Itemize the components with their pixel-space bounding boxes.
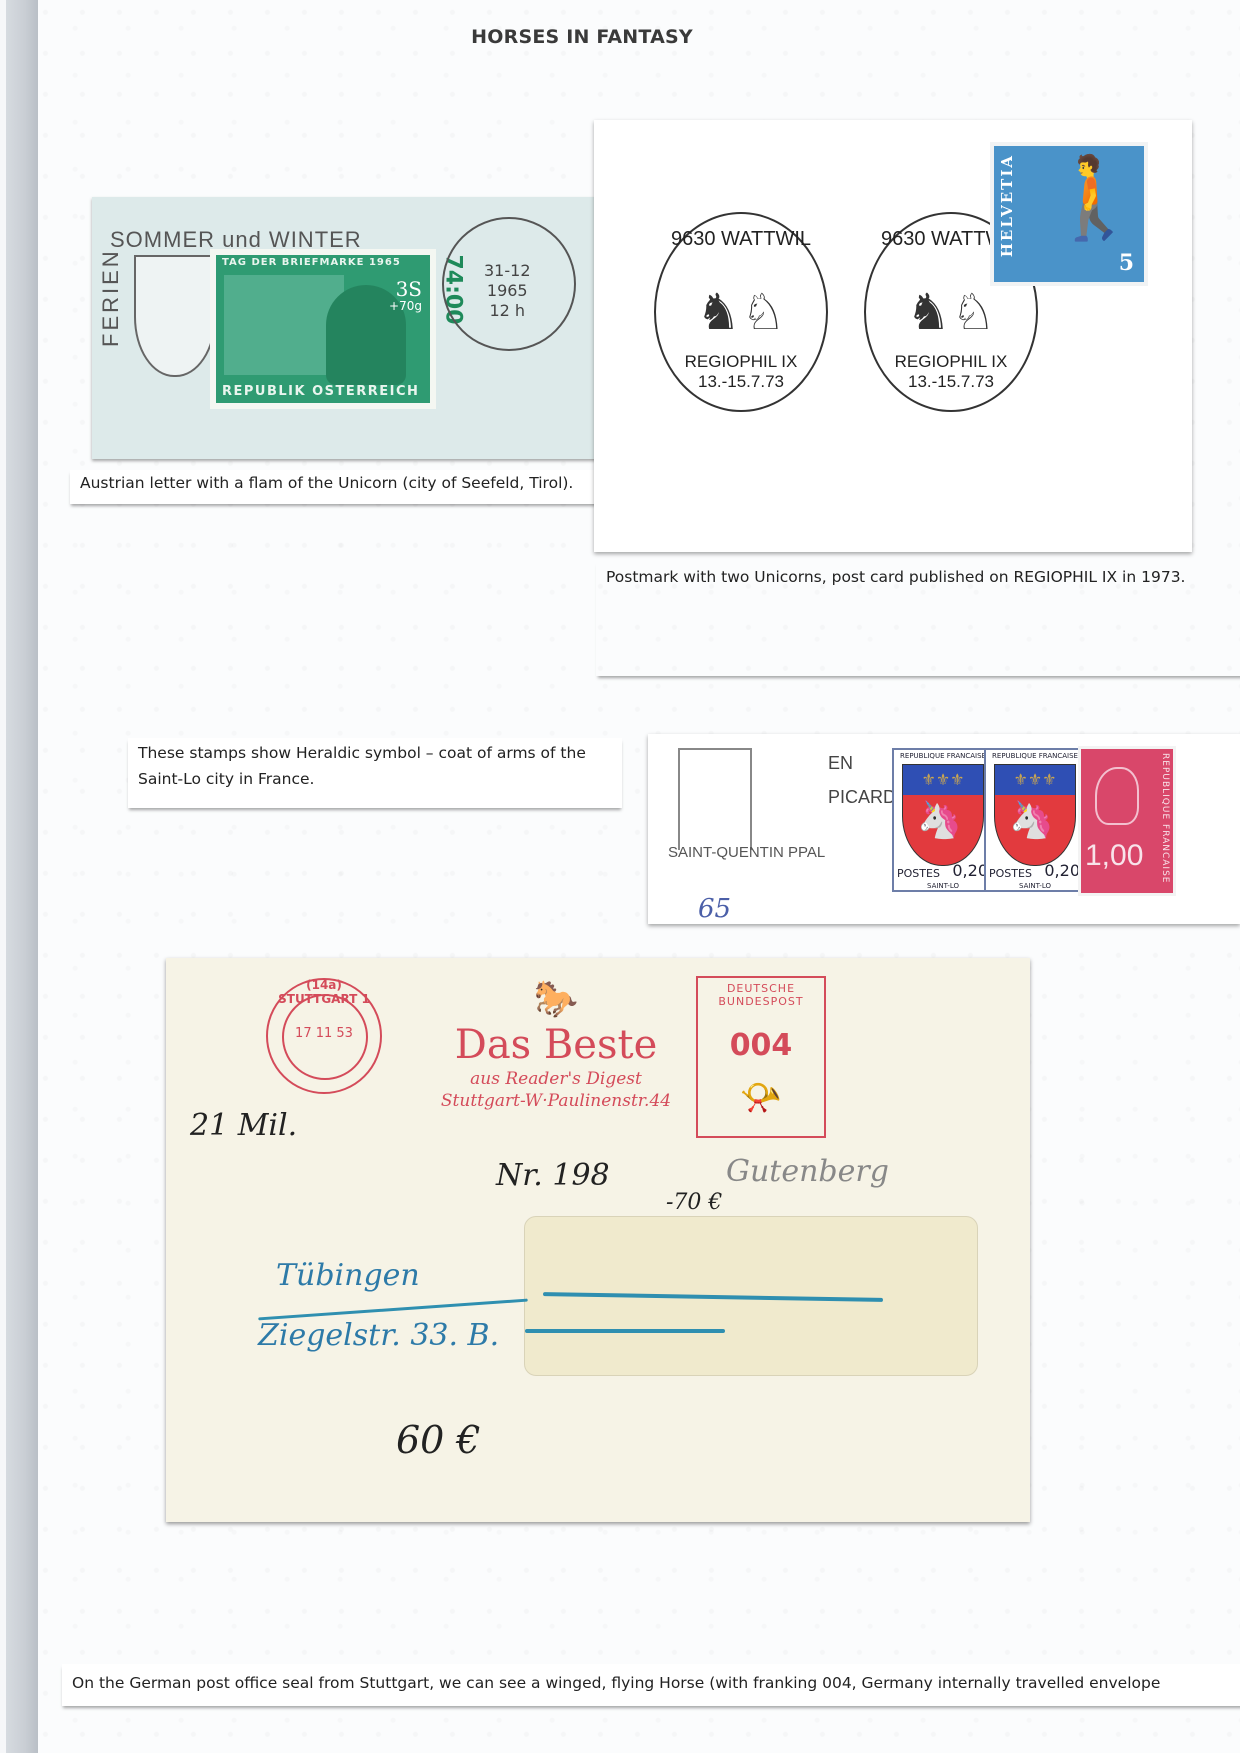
two-unicorns-icon: ♞♘ [906, 283, 996, 341]
postmark-place: SAINT-QUENTIN PPAL [668, 844, 825, 861]
saint-lo-stamp-2: REPUBLIQUE FRANCAISE ⚜⚜⚜🦄 POSTES 0,20 SA… [984, 748, 1086, 892]
two-unicorns-icon: ♞♘ [696, 283, 786, 341]
french-cover: EN PICARD SAINT-QUENTIN PPAL 65 REPUBLIQ… [648, 734, 1240, 924]
saint-lo-arms-icon: ⚜⚜⚜🦄 [902, 764, 984, 866]
handwritten-number: Nr. 198 [496, 1158, 610, 1193]
german-envelope: (14a) STUTTGART 1 17 11 53 🐎 Das Beste a… [166, 958, 1030, 1522]
caption-swiss-card: Postmark with two Unicorns, post card pu… [596, 560, 1240, 676]
winged-horse-icon: 🐎 [436, 978, 676, 1022]
page-title: HORSES IN FANTASY [0, 26, 1202, 48]
stamp-value: 3S [396, 277, 422, 301]
franking-meter: DEUTSCHEBUNDESPOST 004 📯 [696, 976, 826, 1138]
caption-french-cover: These stamps show Heraldic symbol – coat… [128, 738, 622, 808]
handwritten-street: Ziegelstr. 33. B. [258, 1318, 499, 1353]
handwritten-city: Tübingen [276, 1258, 420, 1293]
stamp-top-text: TAG DER BRIEFMARKE 1965 [222, 257, 401, 268]
stamp-value: 5 [1119, 250, 1134, 276]
flam-side-text: FERIEN [98, 248, 124, 347]
stamp-country: HELVETIA [998, 154, 1016, 257]
caption-german-envelope: On the German post office seal from Stut… [62, 1664, 1240, 1706]
postmark-date: 31-12 1965 12 h [484, 261, 531, 321]
austrian-letter: SOMMER und WINTER FERIEN TAG DER BRIEFMA… [92, 197, 616, 459]
austrian-stamp: TAG DER BRIEFMARKE 1965 3S +70g REPUBLIK… [210, 249, 436, 409]
unicorn-shield-icon [134, 255, 216, 377]
handwritten-old-price: -70 € [666, 1190, 722, 1215]
handwritten-top-left: 21 Mil. [190, 1108, 297, 1143]
das-beste-advert: 🐎 Das Beste aus Reader's Digest Stuttgar… [436, 978, 676, 1112]
seefeld-postmark: 31-12 1965 12 h [442, 217, 576, 351]
flam-slogan: EN PICARD [828, 746, 896, 814]
stamp-country: REPUBLIK OSTERREICH [222, 384, 419, 399]
cathedral-icon [678, 748, 752, 850]
marianne-stamp: REPUBLIQUE FRANCAISE 1,00 [1078, 746, 1176, 896]
address-window [524, 1216, 978, 1376]
handwritten-pencil-note: Gutenberg [726, 1154, 889, 1189]
posthorn-icon: 📯 [698, 1078, 824, 1118]
marianne-head-icon [1095, 767, 1139, 825]
swiss-stamp: 🚶 HELVETIA 5 [990, 142, 1148, 286]
saint-lo-arms-icon: ⚜⚜⚜🦄 [994, 764, 1076, 866]
stuttgart-postmark: (14a) STUTTGART 1 17 11 53 [266, 978, 382, 1094]
caption-austrian-letter: Austrian letter with a flam of the Unico… [70, 470, 636, 504]
swiss-postcard: 9630 WATTWIL ♞♘ REGIOPHIL IX 13.-15.7.73… [594, 120, 1192, 552]
postman-figure-icon: 🚶 [1044, 158, 1144, 238]
handwritten-note: 65 [698, 894, 731, 924]
wattwil-postmark-1: 9630 WATTWIL ♞♘ REGIOPHIL IX 13.-15.7.73 [654, 212, 828, 412]
stamp-surcharge: +70g [389, 299, 422, 313]
handwritten-price: 60 € [396, 1418, 481, 1462]
saint-lo-stamp-1: REPUBLIQUE FRANCAISE ⚜⚜⚜🦄 POSTES 0,20 SA… [892, 748, 994, 892]
binder-strip [6, 0, 38, 1753]
